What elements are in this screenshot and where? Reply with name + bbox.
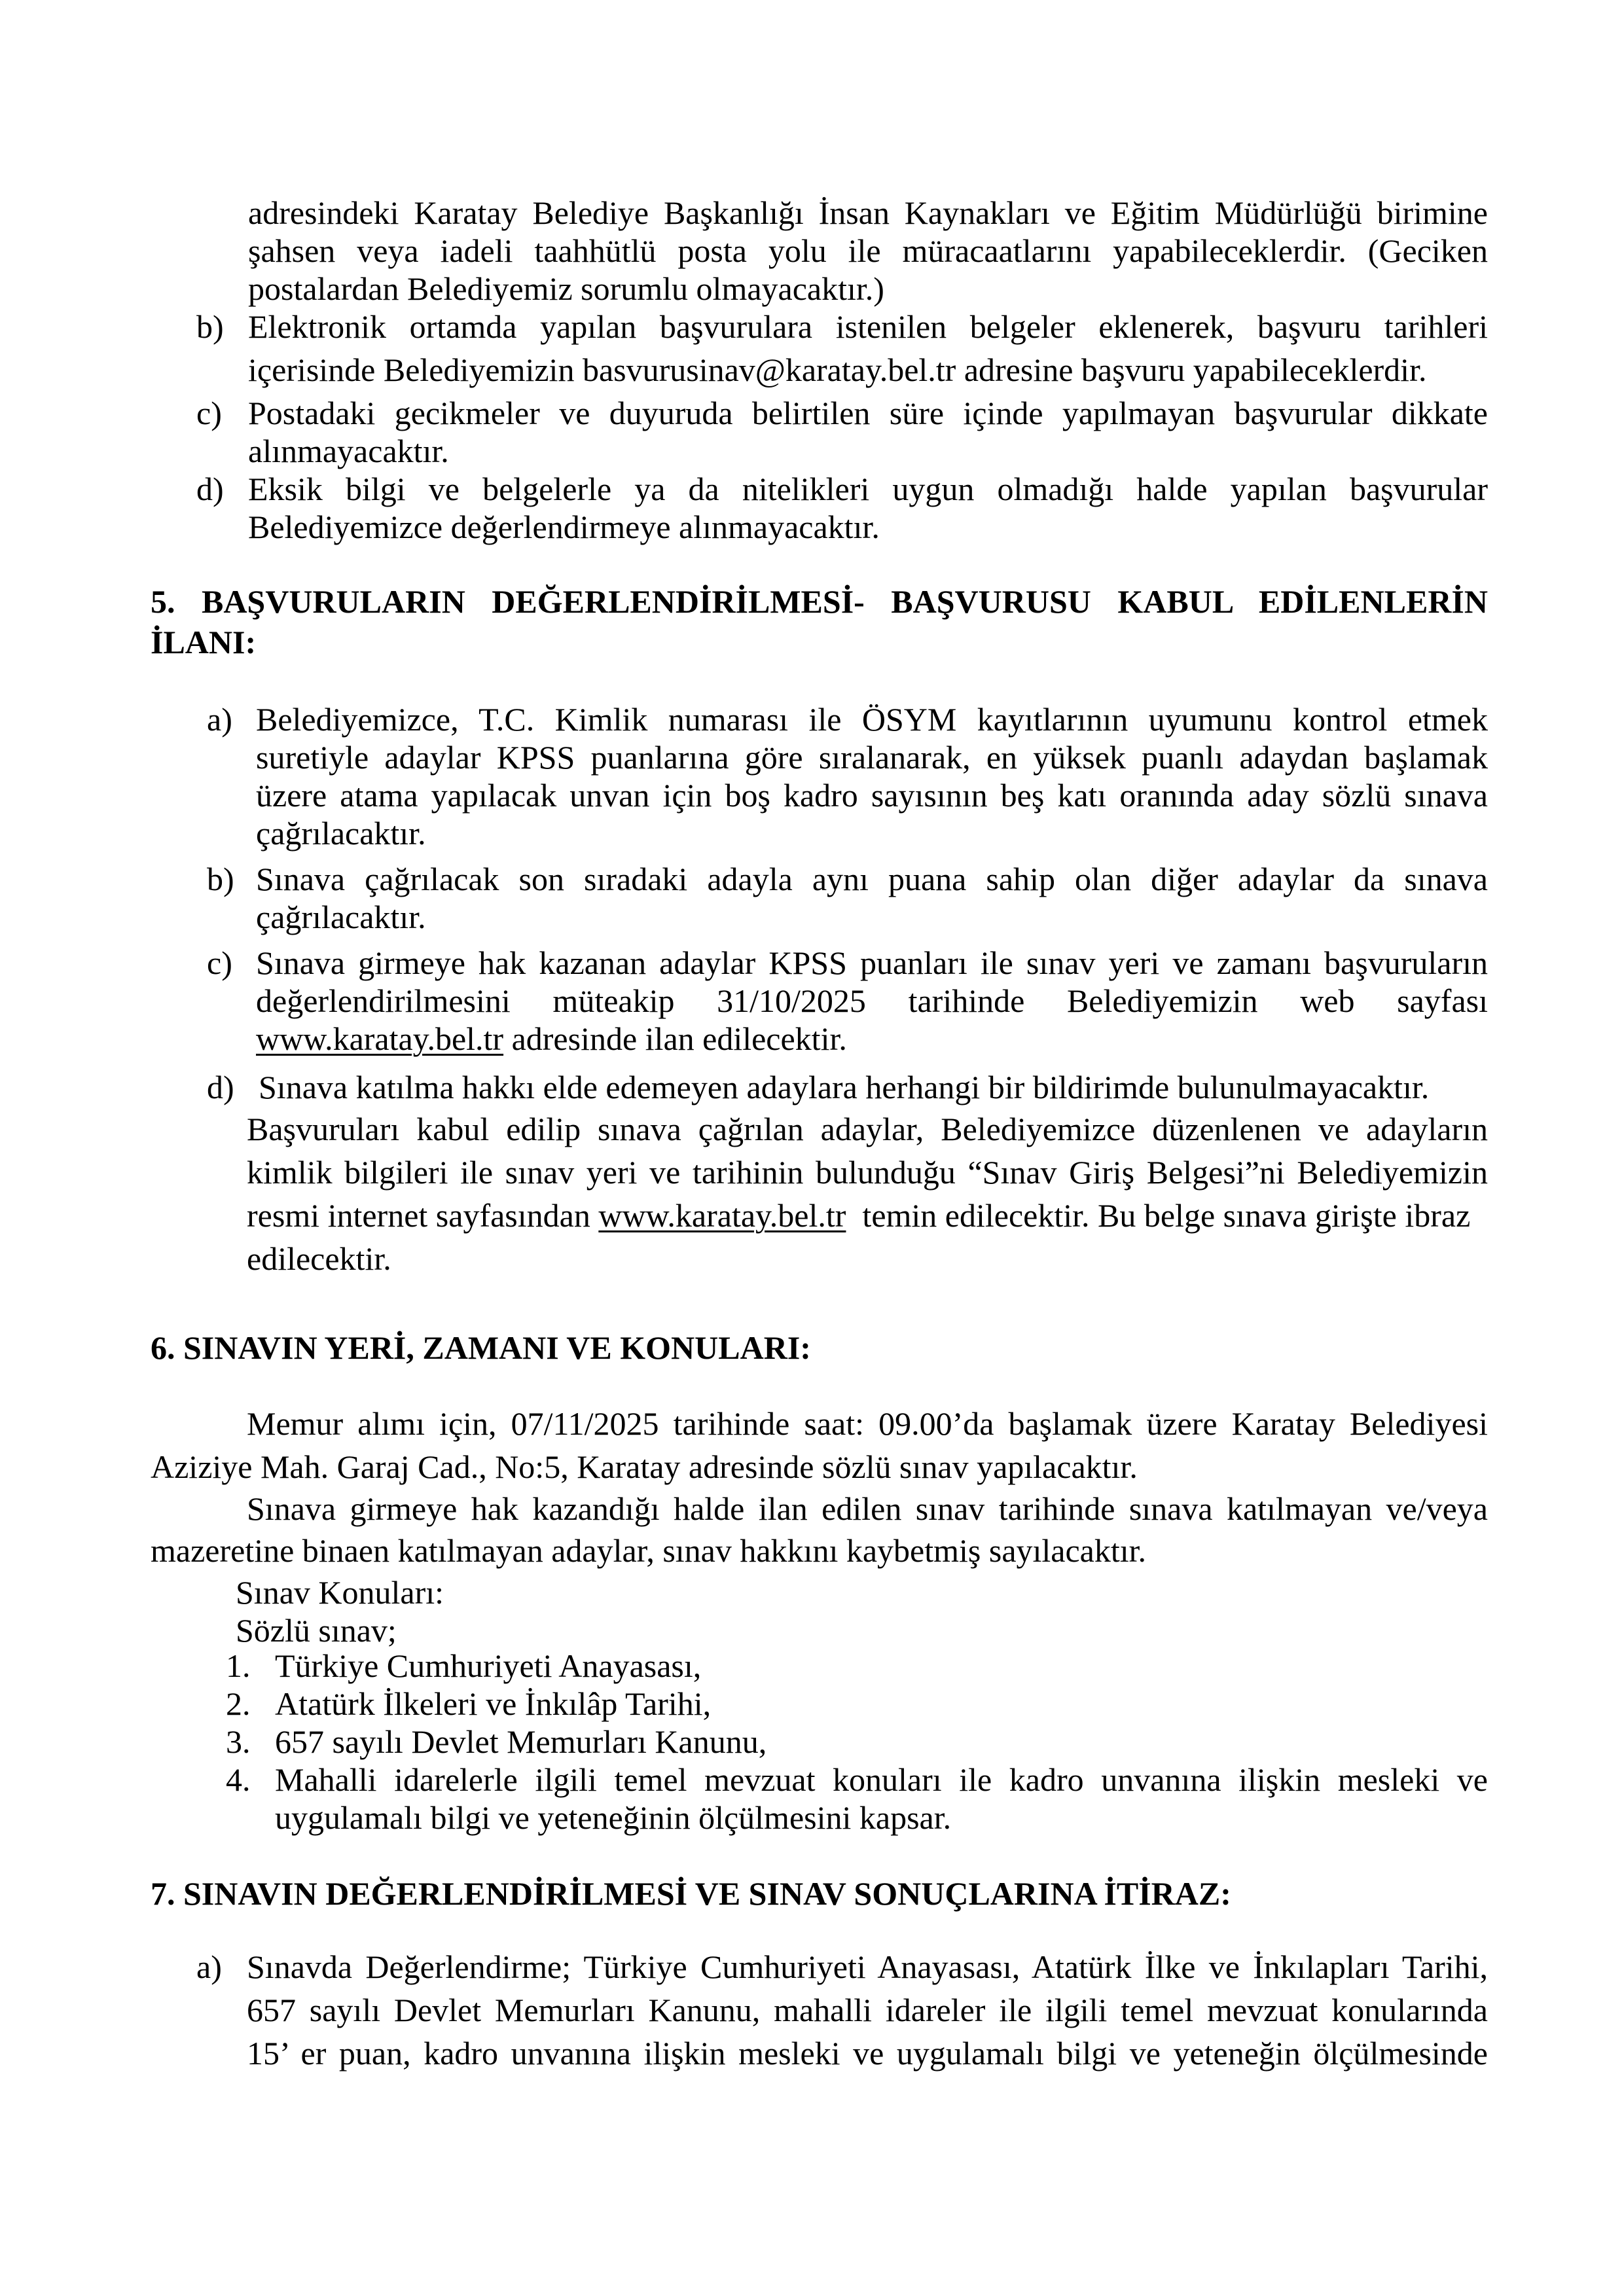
list-item-line: değerlendirilmesini müteakip 31/10/2025 … <box>256 984 1488 1017</box>
list-label: b) <box>207 863 234 895</box>
paragraph-line: resmi internet sayfasından www.karatay.b… <box>247 1199 1488 1232</box>
section-heading: 5. BAŞVURULARIN DEĞERLENDİRİLMESİ- BAŞVU… <box>151 585 1488 618</box>
paragraph-line: adresindeki Karatay Belediye Başkanlığı … <box>248 196 1488 229</box>
list-label: 3. <box>226 1725 251 1758</box>
paragraph-line: Sınava girmeye hak kazandığı halde ilan … <box>247 1492 1488 1525</box>
list-item-line: Elektronik ortamda yapılan başvurulara i… <box>248 310 1488 343</box>
list-item-line: Belediyemizce, T.C. Kimlik numarası ile … <box>256 703 1488 736</box>
list-item-line: www.karatay.bel.tr adresinde ilan edilec… <box>256 1022 847 1055</box>
link-trailing-text: adresinde ilan edilecektir. <box>503 1020 847 1057</box>
list-item-line: Türkiye Cumhuriyeti Anayasası, <box>275 1649 701 1682</box>
list-item-line: 15’ er puan, kadro unvanına ilişkin mesl… <box>247 2037 1488 2070</box>
list-item-line: Belediyemizce değerlendirmeye alınmayaca… <box>248 511 880 543</box>
website-link[interactable]: www.karatay.bel.tr <box>256 1020 503 1057</box>
list-item-line: 657 sayılı Devlet Memurları Kanunu, <box>275 1725 767 1758</box>
list-item-line: üzere atama yapılacak unvan için boş kad… <box>256 779 1488 812</box>
list-item-line: uygulamalı bilgi ve yeteneğinin ölçülmes… <box>275 1801 951 1834</box>
section-heading: 6. SINAVIN YERİ, ZAMANI VE KONULARI: <box>151 1331 811 1364</box>
list-item-line: Eksik bilgi ve belgelerle ya da nitelikl… <box>248 473 1488 505</box>
oral-exam-label: Sözlü sınav; <box>236 1614 397 1647</box>
list-label: d) <box>207 1071 234 1103</box>
list-item-line: 657 sayılı Devlet Memurları Kanunu, maha… <box>247 1994 1488 2026</box>
list-item-line: Sınava girmeye hak kazanan adaylar KPSS … <box>256 946 1488 979</box>
list-item-line: Postadaki gecikmeler ve duyuruda belirti… <box>248 397 1488 429</box>
list-label: d) <box>196 473 224 505</box>
paragraph-line: postalardan Belediyemiz sorumlu olmayaca… <box>248 272 884 305</box>
list-item-line: Sınava katılma hakkı elde edemeyen adayl… <box>259 1071 1429 1103</box>
list-item-line: çağrılacaktır. <box>256 901 426 933</box>
list-item-line: Sınava çağrılacak son sıradaki adayla ay… <box>256 863 1488 895</box>
list-item-line: içerisinde Belediyemizin basvurusinav@ka… <box>248 353 1426 386</box>
list-item-line: suretiyle adaylar KPSS puanlarına göre s… <box>256 741 1488 774</box>
list-label: 4. <box>226 1763 251 1796</box>
paragraph-line: Aziziye Mah. Garaj Cad., No:5, Karatay a… <box>151 1450 1138 1483</box>
list-item-line: Atatürk İlkeleri ve İnkılâp Tarihi, <box>275 1687 711 1720</box>
list-item-line: alınmayacaktır. <box>248 435 449 467</box>
paragraph-line: Memur alımı için, 07/11/2025 tarihinde s… <box>247 1407 1488 1440</box>
section-heading: 7. SINAVIN DEĞERLENDİRİLMESİ VE SINAV SO… <box>151 1877 1231 1910</box>
section-heading: İLANI: <box>151 626 256 658</box>
paragraph-line: şahsen veya iadeli taahhütlü posta yolu … <box>248 234 1488 267</box>
list-label: b) <box>196 310 224 343</box>
paragraph-text: resmi internet sayfasından <box>247 1197 598 1234</box>
paragraph-line: edilecektir. <box>247 1242 391 1275</box>
list-label: a) <box>207 703 232 736</box>
paragraph-text: temin edilecektir. Bu belge sınava giriş… <box>846 1197 1470 1234</box>
list-label: a) <box>196 1950 222 1983</box>
document-page: adresindeki Karatay Belediye Başkanlığı … <box>0 0 1624 2296</box>
list-label: c) <box>196 397 222 429</box>
website-link[interactable]: www.karatay.bel.tr <box>598 1197 846 1234</box>
list-label: 1. <box>226 1649 251 1682</box>
list-item-line: Sınavda Değerlendirme; Türkiye Cumhuriye… <box>247 1950 1488 1983</box>
list-item-line: çağrılacaktır. <box>256 817 426 850</box>
paragraph-line: mazeretine binaen katılmayan adaylar, sı… <box>151 1534 1146 1567</box>
paragraph-line: Başvuruları kabul edilip sınava çağrılan… <box>247 1113 1488 1145</box>
topics-label: Sınav Konuları: <box>236 1576 444 1609</box>
list-label: c) <box>207 946 232 979</box>
list-label: 2. <box>226 1687 251 1720</box>
list-item-line: Mahalli idarelerle ilgili temel mevzuat … <box>275 1763 1488 1796</box>
paragraph-line: kimlik bilgileri ile sınav yeri ve tarih… <box>247 1156 1488 1189</box>
